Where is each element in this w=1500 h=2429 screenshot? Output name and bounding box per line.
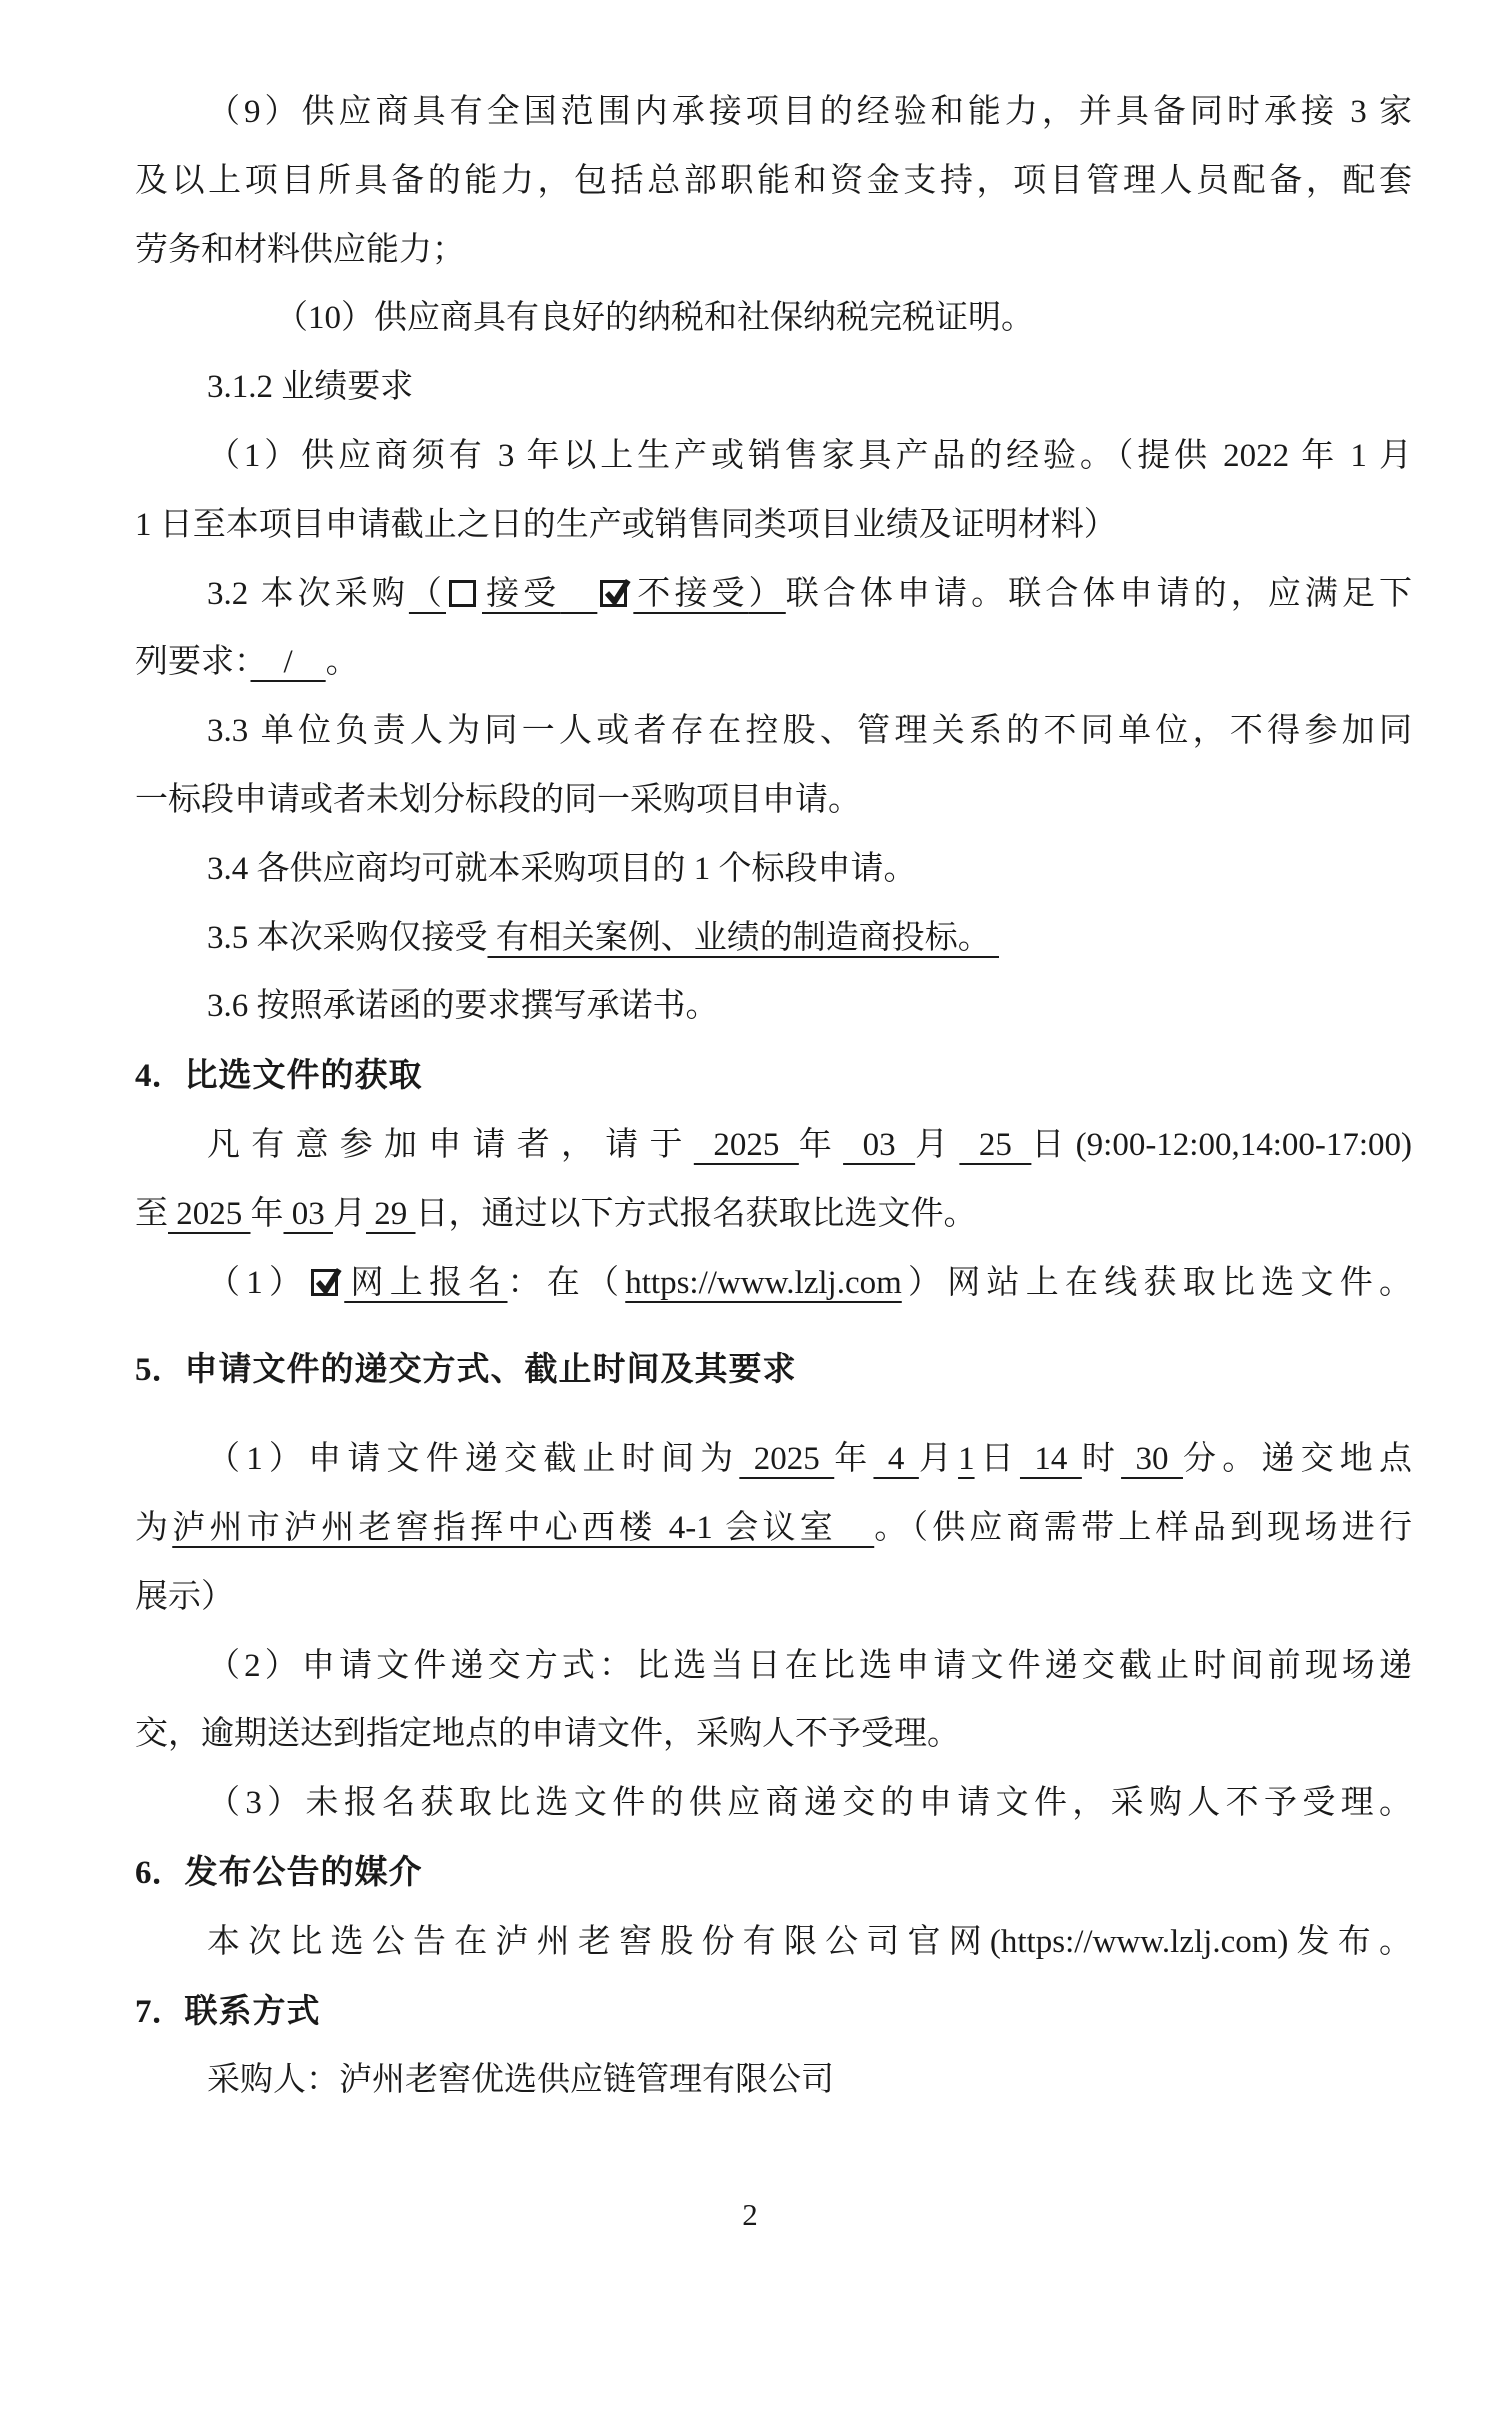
- section-3-3-line-2: 一标段申请或者未划分标段的同一采购项目申请。: [135, 766, 1412, 835]
- section-3-6-text: 3.6 按照承诺函的要求撰写承诺书。: [207, 988, 719, 1024]
- end-year-blank: 2025: [168, 1196, 251, 1232]
- section-7-heading: 7．联系方式: [135, 1977, 1412, 2047]
- section-3-6-line: 3.6 按照承诺函的要求撰写承诺书。: [135, 972, 1412, 1041]
- section-5-number: 5．: [135, 1352, 185, 1388]
- deadline-day-blank: 1: [958, 1441, 975, 1477]
- section-6-body: 本次比选公告在泸州老窖股份有限公司官网(https://www.lzlj.com…: [135, 1908, 1412, 1977]
- section-3-1-2-text-2: 1 日至本项目申请截止之日的生产或销售同类项目业绩及证明材料）: [135, 507, 1117, 543]
- deadline-year-blank: 2025: [739, 1441, 834, 1477]
- clause-9-line-3: 劳务和材料供应能力；: [135, 216, 1412, 285]
- start-day-blank: 25: [959, 1127, 1031, 1163]
- section-3-1-2-text-1: （1）供应商须有 3 年以上生产或销售家具产品的经验。（提供 2022 年 1 …: [207, 438, 1412, 474]
- month-label: 月: [333, 1196, 366, 1232]
- section-3-2-line-1: 3.2 本次采购（接受 不接受）联合体申请。联合体申请的，应满足下: [135, 560, 1412, 629]
- section-3-2-l2-prefix: 列要求：: [135, 644, 251, 680]
- section-6-number: 6．: [135, 1855, 185, 1891]
- document-body: （9）供应商具有全国范围内承接项目的经验和能力，并具备同时承接 3 家 及以上项…: [135, 78, 1412, 2115]
- checkbox-checked-icon: [311, 1269, 338, 1296]
- item-1-mid: ：在（: [508, 1265, 626, 1301]
- checkbox-unchecked-icon: [449, 580, 476, 607]
- section-3-2-prefix: 3.2 本次采购: [207, 576, 409, 612]
- section-5-item-2-text-1: （2）申请文件递交方式：比选当日在比选申请文件递交截止时间前现场递: [207, 1648, 1412, 1684]
- year-label: 年: [799, 1127, 843, 1163]
- section-3-1-2-line-2: 1 日至本项目申请截止之日的生产或销售同类项目业绩及证明材料）: [135, 491, 1412, 560]
- section-3-1-2-title: 3.1.2 业绩要求: [207, 369, 413, 405]
- section-4-number: 4．: [135, 1058, 185, 1094]
- requirement-blank-value: /: [251, 644, 326, 680]
- section-7-body: 采购人：泸州老窖优选供应链管理有限公司: [135, 2046, 1412, 2115]
- section-7-title: 联系方式: [185, 1992, 321, 2029]
- section-4-item-1: （1）网上报名：在（https://www.lzlj.com）网站上在线获取比选…: [135, 1249, 1412, 1318]
- section-5-title: 申请文件的递交方式、截止时间及其要求: [185, 1350, 797, 1387]
- year-label: 年: [251, 1196, 284, 1232]
- paren-open: （: [409, 576, 446, 612]
- section-4-l2-suffix: 日，通过以下方式报名获取比选文件。: [416, 1196, 977, 1232]
- section-4-line-1: 凡有意参加申请者，请于 2025 年 03 月 25 日(9:00-12:00,…: [135, 1111, 1412, 1180]
- accept-option-label: 接受: [482, 576, 560, 612]
- section-3-3-text-1: 3.3 单位负责人为同一人或者存在控股、管理关系的不同单位，不得参加同: [207, 713, 1412, 749]
- acceptance-blank: （接受 不接受）: [409, 576, 786, 612]
- clause-9-text-3: 劳务和材料供应能力；: [135, 232, 465, 268]
- section-3-3-line-1: 3.3 单位负责人为同一人或者存在控股、管理关系的不同单位，不得参加同: [135, 697, 1412, 766]
- section-4-heading: 4．比选文件的获取: [135, 1041, 1412, 1111]
- end-month-blank: 03: [284, 1196, 334, 1232]
- section-5-item-2-line-1: （2）申请文件递交方式：比选当日在比选申请文件递交截止时间前现场递: [135, 1632, 1412, 1701]
- start-month-blank: 03: [843, 1127, 915, 1163]
- deadline-pre: （1）申请文件递交截止时间为: [207, 1441, 739, 1477]
- clause-10-text: （10）供应商具有良好的纳税和社保纳税完税证明。: [275, 300, 1034, 336]
- section-5-item-2-line-2: 交，逾期送达到指定地点的申请文件，采购人不予受理。: [135, 1700, 1412, 1769]
- section-3-4-text: 3.4 各供应商均可就本采购项目的 1 个标段申请。: [207, 851, 917, 887]
- page-number: 2: [0, 2190, 1500, 2240]
- location-suffix: 。（供应商需带上样品到现场进行: [874, 1510, 1412, 1546]
- section-5-item-2-text-2: 交，逾期送达到指定地点的申请文件，采购人不予受理。: [135, 1716, 960, 1752]
- section-3-4-line: 3.4 各供应商均可就本采购项目的 1 个标段申请。: [135, 835, 1412, 904]
- page-number-value: 2: [742, 2197, 758, 2232]
- online-registration-label: 网上报名: [344, 1265, 507, 1301]
- office-hours: (9:00-12:00,14:00-17:00): [1076, 1127, 1412, 1163]
- month-label: 月: [919, 1441, 958, 1477]
- submission-location: 泸州市泸州老窖指挥中心西楼 4-1 会议室: [172, 1510, 874, 1546]
- deadline-month-blank: 4: [873, 1441, 918, 1477]
- section-4-line-2: 至 2025 年 03 月 29 日，通过以下方式报名获取比选文件。: [135, 1180, 1412, 1249]
- section-4-title: 比选文件的获取: [185, 1056, 423, 1093]
- section-3-2-line-2: 列要求： / 。: [135, 628, 1412, 697]
- website-link[interactable]: https://www.lzlj.com: [625, 1265, 902, 1301]
- checkbox-checked-icon: [600, 580, 627, 607]
- clause-9-line-2: 及以上项目所具备的能力，包括总部职能和资金支持，项目管理人员配备，配套: [135, 147, 1412, 216]
- section-3-1-2-heading: 3.1.2 业绩要求: [135, 353, 1412, 422]
- option-spacer: [560, 576, 597, 612]
- reject-option-label: 不接受: [633, 576, 748, 612]
- section-3-5-prefix: 3.5 本次采购仅接受: [207, 920, 488, 956]
- location-pre: 为: [135, 1510, 172, 1546]
- day-label: 日: [975, 1441, 1020, 1477]
- section-3-3-text-2: 一标段申请或者未划分标段的同一采购项目申请。: [135, 782, 861, 818]
- start-year-blank: 2025: [694, 1127, 799, 1163]
- day-label: 日: [1031, 1127, 1075, 1163]
- document-page: （9）供应商具有全国范围内承接项目的经验和能力，并具备同时承接 3 家 及以上项…: [0, 0, 1500, 2429]
- year-label: 年: [834, 1441, 873, 1477]
- section-7-number: 7．: [135, 1994, 185, 2030]
- clause-10-line: （10）供应商具有良好的纳税和社保纳税完税证明。: [135, 284, 1412, 353]
- section-5-item-3-line: （3）未报名获取比选文件的供应商递交的申请文件，采购人不予受理。: [135, 1769, 1412, 1838]
- section-3-2-l2-suffix: 。: [326, 644, 359, 680]
- item-1-number: （1）: [207, 1265, 308, 1301]
- purchaser-text: 采购人：泸州老窖优选供应链管理有限公司: [207, 2062, 834, 2098]
- section-3-1-2-line-1: （1）供应商须有 3 年以上生产或销售家具产品的经验。（提供 2022 年 1 …: [135, 422, 1412, 491]
- clause-9-line-1: （9）供应商具有全国范围内承接项目的经验和能力，并具备同时承接 3 家: [135, 78, 1412, 147]
- paren-close: ）: [749, 576, 786, 612]
- deadline-minute-blank: 30: [1121, 1441, 1183, 1477]
- deadline-suffix: 分。递交地点: [1183, 1441, 1412, 1477]
- deadline-hour-blank: 14: [1020, 1441, 1082, 1477]
- hour-label: 时: [1082, 1441, 1121, 1477]
- clause-9-text-2: 及以上项目所具备的能力，包括总部职能和资金支持，项目管理人员配备，配套: [135, 163, 1412, 199]
- section-3-5-line: 3.5 本次采购仅接受 有相关案例、业绩的制造商投标。: [135, 904, 1412, 973]
- section-6-heading: 6．发布公告的媒介: [135, 1838, 1412, 1908]
- section-5-item-3-text: （3）未报名获取比选文件的供应商递交的申请文件，采购人不予受理。: [207, 1785, 1412, 1821]
- section-5-l3-text: 展示）: [135, 1579, 234, 1615]
- section-3-5-underlined-value: 有相关案例、业绩的制造商投标。: [488, 920, 1000, 956]
- end-day-blank: 29: [366, 1196, 416, 1232]
- section-5-heading: 5．申请文件的递交方式、截止时间及其要求: [135, 1335, 1412, 1405]
- section-4-l1-pre: 凡有意参加申请者，请于: [207, 1127, 694, 1163]
- section-6-text: 本次比选公告在泸州老窖股份有限公司官网(https://www.lzlj.com…: [207, 1924, 1412, 1960]
- section-5-line-1: （1）申请文件递交截止时间为 2025 年 4 月1日 14 时 30 分。递交…: [135, 1425, 1412, 1494]
- section-5-line-3: 展示）: [135, 1563, 1412, 1632]
- section-4-l2-pre: 至: [135, 1196, 168, 1232]
- section-5-line-2: 为泸州市泸州老窖指挥中心西楼 4-1 会议室 。（供应商需带上样品到现场进行: [135, 1494, 1412, 1563]
- clause-9-text-1: （9）供应商具有全国范围内承接项目的经验和能力，并具备同时承接 3 家: [207, 94, 1412, 130]
- online-registration-option: 网上报名: [308, 1265, 507, 1301]
- section-3-2-suffix: 联合体申请。联合体申请的，应满足下: [786, 576, 1412, 612]
- month-label: 月: [915, 1127, 959, 1163]
- item-1-suffix: ）网站上在线获取比选文件。: [902, 1265, 1412, 1301]
- section-6-title: 发布公告的媒介: [185, 1853, 423, 1890]
